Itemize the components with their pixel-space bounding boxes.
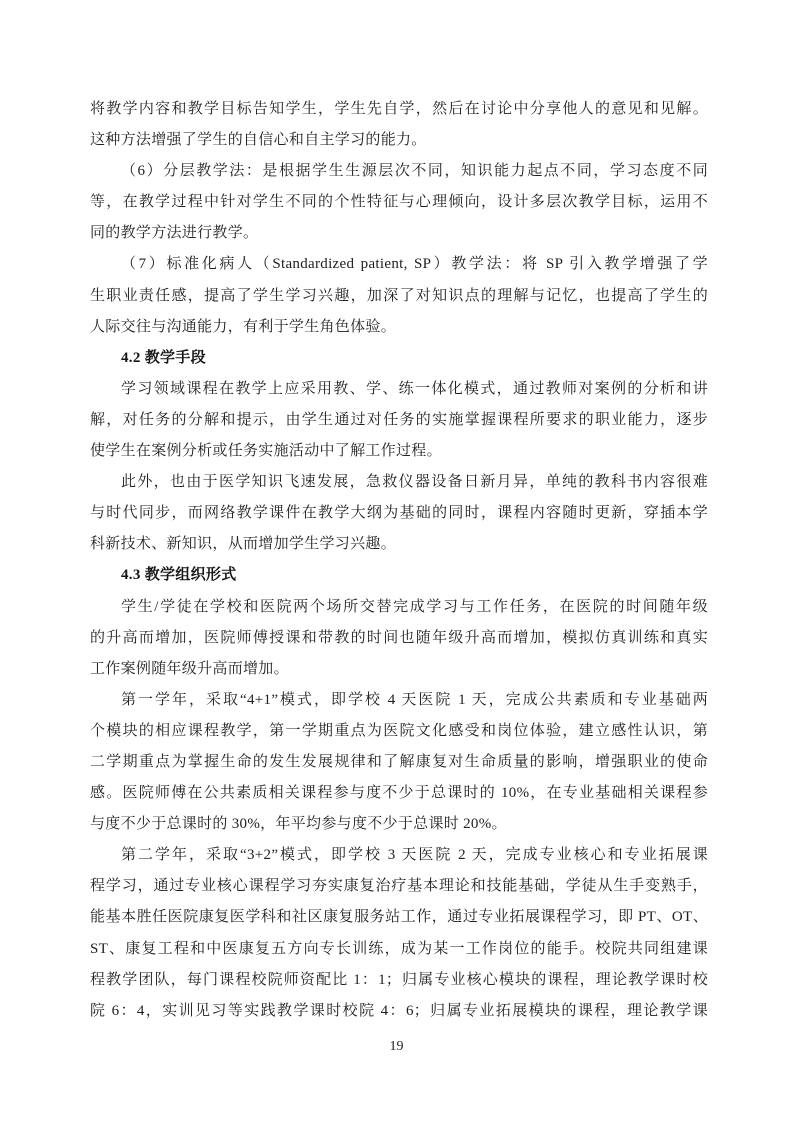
- text-line: 与时代同步，而网络教学课件在教学大纲为基础的同时，课程内容随时更新，穿插本学: [90, 498, 708, 529]
- text-line: 二学期重点为掌握生命的发生发展规律和了解康复对生命质量的影响，增强职业的使命: [90, 747, 708, 778]
- text-line: 使学生在案例分析或任务实施活动中了解工作过程。: [90, 436, 708, 467]
- text-line: 个模块的相应课程教学，第一学期重点为医院文化感受和岗位体验，建立感性认识，第: [90, 716, 708, 747]
- text-line: 将教学内容和教学目标告知学生，学生先自学，然后在讨论中分享他人的意见和见解。: [90, 94, 708, 125]
- section-heading-4-3: 4.3 教学组织形式: [90, 560, 708, 591]
- text-line: 第二学年，采取“3+2”模式，即学校 3 天医院 2 天，完成专业核心和专业拓展…: [90, 840, 708, 871]
- text-line: 院 6：4，实训见习等实践教学课时校院 4：6；归属专业拓展模块的课程，理论教学…: [90, 996, 708, 1027]
- page-number: 19: [0, 1039, 793, 1055]
- text-line: 学生/学徒在学校和医院两个场所交替完成学习与工作任务，在医院的时间随年级: [90, 592, 708, 623]
- text-line: （6）分层教学法：是根据学生生源层次不同，知识能力起点不同，学习态度不同: [90, 156, 708, 187]
- text-line: 此外，也由于医学知识飞速发展，急救仪器设备日新月异，单纯的教科书内容很难: [90, 467, 708, 498]
- text-line: ST、康复工程和中医康复五方向专长训练，成为某一工作岗位的能手。校院共同组建课: [90, 934, 708, 965]
- text-line: 与度不少于总课时的 30%，年平均参与度不少于总课时 20%。: [90, 809, 708, 840]
- text-line: 科新技术、新知识，从而增加学生学习兴趣。: [90, 529, 708, 560]
- text-line: 程教学团队，每门课程校院师资配比 1：1；归属专业核心模块的课程，理论教学课时校: [90, 965, 708, 996]
- text-line: 解，对任务的分解和提示，由学生通过对任务的实施掌握课程所要求的职业能力，逐步: [90, 405, 708, 436]
- text-line: 人际交往与沟通能力，有利于学生角色体验。: [90, 312, 708, 343]
- text-line: 生职业责任感，提高了学生学习兴趣，加深了对知识点的理解与记忆，也提高了学生的: [90, 281, 708, 312]
- section-heading-4-2: 4.2 教学手段: [90, 343, 708, 374]
- text-line: 等，在教学过程中针对学生不同的个性特征与心理倾向，设计多层次教学目标，运用不: [90, 187, 708, 218]
- text-line: 工作案例随年级升高而增加。: [90, 654, 708, 685]
- text-line: 同的教学方法进行教学。: [90, 218, 708, 249]
- text-line: 这种方法增强了学生的自信心和自主学习的能力。: [90, 125, 708, 156]
- document-page: 将教学内容和教学目标告知学生，学生先自学，然后在讨论中分享他人的意见和见解。 这…: [0, 0, 793, 1122]
- text-line: 第一学年，采取“4+1”模式，即学校 4 天医院 1 天，完成公共素质和专业基础…: [90, 685, 708, 716]
- document-body: 将教学内容和教学目标告知学生，学生先自学，然后在讨论中分享他人的意见和见解。 这…: [90, 94, 708, 1027]
- text-line: 感。医院师傅在公共素质相关课程参与度不少于总课时的 10%，在专业基础相关课程参: [90, 778, 708, 809]
- text-line: 能基本胜任医院康复医学科和社区康复服务站工作，通过专业拓展课程学习，即 PT、O…: [90, 902, 708, 933]
- text-line: 程学习，通过专业核心课程学习夯实康复治疗基本理论和技能基础，学徒从生手变熟手，: [90, 871, 708, 902]
- text-line: （7）标准化病人（Standardized patient, SP）教学法：将 …: [90, 249, 708, 280]
- text-line: 学习领域课程在教学上应采用教、学、练一体化模式，通过教师对案例的分析和讲: [90, 374, 708, 405]
- text-line: 的升高而增加，医院师傅授课和带教的时间也随年级升高而增加，模拟仿真训练和真实: [90, 623, 708, 654]
